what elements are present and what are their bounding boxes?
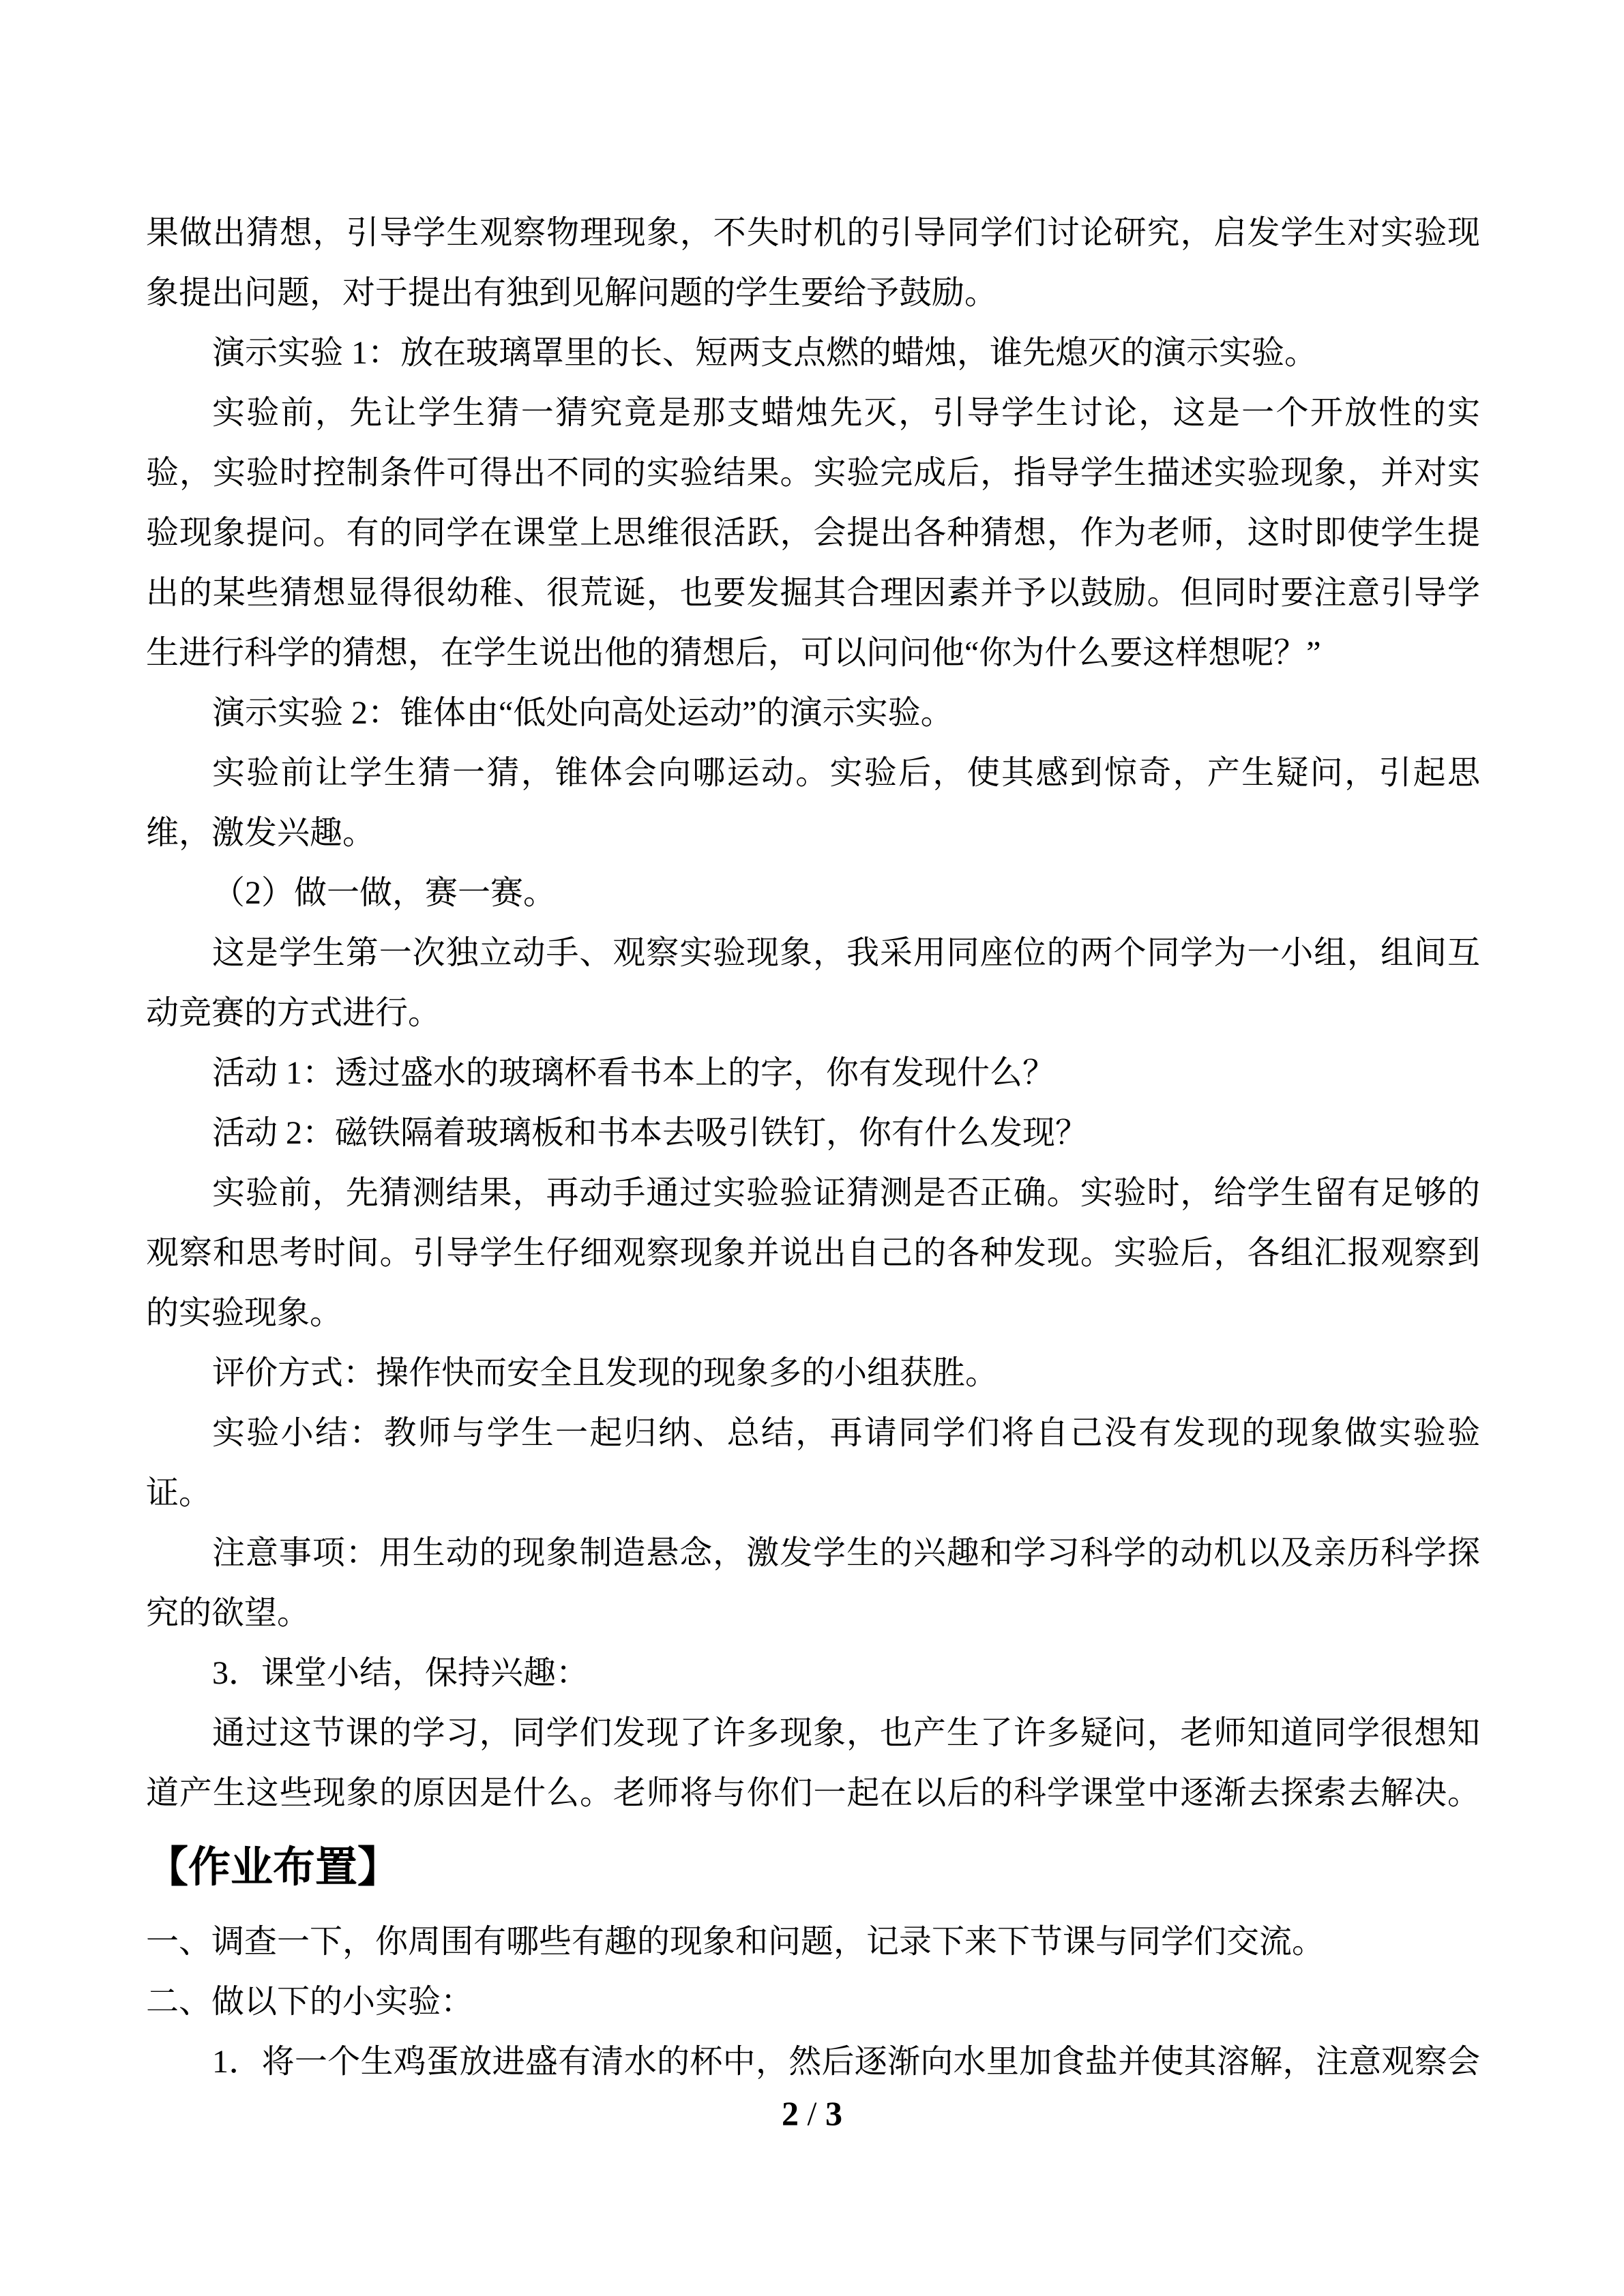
text-line: 1．将一个生鸡蛋放进盛有清水的杯中，然后逐渐向水里加食盐并使其溶解，注意观察会	[146, 2032, 1480, 2092]
text-line: 评价方式：操作快而安全且发现的现象多的小组获胜。	[146, 1343, 1480, 1403]
text-line: 验现象提问。有的同学在课堂上思维很活跃，会提出各种猜想，作为老师，这时即使学生提	[146, 503, 1480, 563]
text-line: 活动 1：透过盛水的玻璃杯看书本上的字，你有发现什么？	[146, 1043, 1480, 1103]
page-number-separator: /	[799, 2094, 825, 2132]
text-line: 注意事项：用生动的现象制造悬念，激发学生的兴趣和学习科学的动机以及亲历科学探	[146, 1523, 1480, 1583]
text-line: 实验前让学生猜一猜，锥体会向哪运动。实验后，使其感到惊奇，产生疑问，引起思	[146, 743, 1480, 803]
document-page: 果做出猜想，引导学生观察物理现象，不失时机的引导同学们讨论研究，启发学生对实验现…	[0, 0, 1624, 2296]
text-line: 维，激发兴趣。	[146, 803, 1480, 863]
text-line: 实验小结：教师与学生一起归纳、总结，再请同学们将自己没有发现的现象做实验验	[146, 1403, 1480, 1463]
text-line: 动竞赛的方式进行。	[146, 983, 1480, 1043]
text-line: 的实验现象。	[146, 1283, 1480, 1343]
text-line: 通过这节课的学习，同学们发现了许多现象，也产生了许多疑问，老师知道同学很想知	[146, 1703, 1480, 1763]
text-line: 象提出问题，对于提出有独到见解问题的学生要给予鼓励。	[146, 263, 1480, 323]
text-line: 实验前，先猜测结果，再动手通过实验验证猜测是否正确。实验时，给学生留有足够的	[146, 1163, 1480, 1223]
text-line: 验，实验时控制条件可得出不同的实验结果。实验完成后，指导学生描述实验现象，并对实	[146, 443, 1480, 503]
text-line: 生进行科学的猜想，在学生说出他的猜想后，可以问问他“你为什么要这样想呢？”	[146, 623, 1480, 683]
page-number: 2 / 3	[0, 2096, 1624, 2130]
text-line: 道产生这些现象的原因是什么。老师将与你们一起在以后的科学课堂中逐渐去探索去解决。	[146, 1763, 1480, 1823]
page-number-current: 2	[782, 2094, 799, 2132]
text-line: 证。	[146, 1463, 1480, 1523]
text-line: 一、调查一下，你周围有哪些有趣的现象和问题，记录下来下节课与同学们交流。	[146, 1912, 1480, 1972]
text-line: 二、做以下的小实验：	[146, 1972, 1480, 2032]
text-line: 演示实验 1：放在玻璃罩里的长、短两支点燃的蜡烛，谁先熄灭的演示实验。	[146, 323, 1480, 383]
text-line: （2）做一做，赛一赛。	[146, 863, 1480, 923]
text-line: 观察和思考时间。引导学生仔细观察现象并说出自己的各种发现。实验后，各组汇报观察到	[146, 1223, 1480, 1283]
text-line: 实验前，先让学生猜一猜究竟是那支蜡烛先灭，引导学生讨论，这是一个开放性的实	[146, 383, 1480, 443]
text-line: 究的欲望。	[146, 1583, 1480, 1643]
section-heading: 【作业布置】	[146, 1823, 1480, 1912]
text-line: 出的某些猜想显得很幼稚、很荒诞，也要发掘其合理因素并予以鼓励。但同时要注意引导学	[146, 563, 1480, 623]
text-line: 活动 2：磁铁隔着玻璃板和书本去吸引铁钉，你有什么发现？	[146, 1103, 1480, 1163]
text-line: 果做出猜想，引导学生观察物理现象，不失时机的引导同学们讨论研究，启发学生对实验现	[146, 203, 1480, 263]
page-number-total: 3	[825, 2094, 842, 2132]
text-line: 演示实验 2：锥体由“低处向高处运动”的演示实验。	[146, 683, 1480, 743]
text-lines: 果做出猜想，引导学生观察物理现象，不失时机的引导同学们讨论研究，启发学生对实验现…	[146, 203, 1480, 2092]
text-line: 3．课堂小结，保持兴趣：	[146, 1643, 1480, 1703]
text-line: 这是学生第一次独立动手、观察实验现象，我采用同座位的两个同学为一小组，组间互	[146, 923, 1480, 983]
